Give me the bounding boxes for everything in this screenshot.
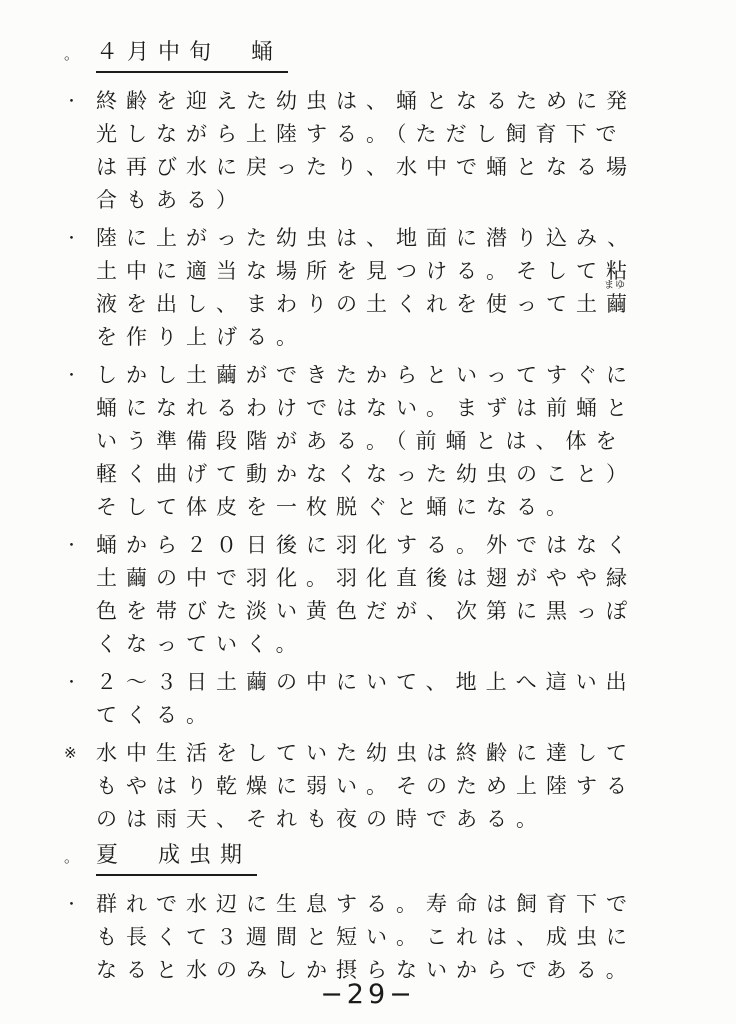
list-item: ・ 陸に上がった幼虫は、地面に潜り込み、 土中に適当な場所を見つける。そして粘 … <box>64 222 706 354</box>
handwritten-line: もやはり乾燥に弱い。そのため上陸する <box>96 770 706 803</box>
handwritten-line: のは雨天、それも夜の時である。 <box>96 803 706 836</box>
bullet-marker: ・ <box>64 222 96 354</box>
list-item: ・ ２〜３日土繭の中にいて、地上へ這い出 てくる。 <box>64 666 706 732</box>
handwritten-line: ２〜３日土繭の中にいて、地上へ這い出 <box>96 666 706 699</box>
handwritten-line: は再び水に戻ったり、水中で蛹となる場 <box>96 151 706 184</box>
handwritten-line: 陸に上がった幼虫は、地面に潜り込み、 <box>96 222 706 255</box>
bullet-marker: ・ <box>64 529 96 661</box>
handwritten-line: を作り上げる。 <box>96 321 706 354</box>
heading-circle-marker: 。 <box>64 841 96 876</box>
handwritten-line: いう準備段階がある。（前蛹とは、体を <box>96 425 706 458</box>
heading-april-pupa: ４月中旬 蛹 <box>96 38 288 73</box>
handwritten-line: 合もある） <box>96 184 706 217</box>
scanned-handwritten-page: 。 ４月中旬 蛹 ・ 終齢を迎えた幼虫は、蛹となるために発 光しながら上陸する。… <box>0 0 736 1024</box>
reference-mark-icon: ※ <box>64 737 96 836</box>
handwritten-line-text: 液を出し、まわりの土くれを使って土繭 <box>96 292 636 316</box>
handwritten-line: そして体皮を一枚脱ぐと蛹になる。 <box>96 491 706 524</box>
handwritten-line: くなっていく。 <box>96 628 706 661</box>
handwritten-line: 土繭の中で羽化。羽化直後は翅がやや緑 <box>96 562 706 595</box>
list-item: ・ 蛹から２０日後に羽化する。外ではなく 土繭の中で羽化。羽化直後は翅がやや緑 … <box>64 529 706 661</box>
furigana-mayu: まゆ <box>604 281 626 291</box>
handwritten-line: 群れで水辺に生息する。寿命は飼育下で <box>96 888 706 921</box>
handwritten-line: しかし土繭ができたからといってすぐに <box>96 359 706 392</box>
page-content: 。 ４月中旬 蛹 ・ 終齢を迎えた幼虫は、蛹となるために発 光しながら上陸する。… <box>64 38 706 992</box>
heading-summer-adult: 夏 成虫期 <box>96 841 257 876</box>
note-item: ※ 水中生活をしていた幼虫は終齢に達して もやはり乾燥に弱い。そのため上陸する … <box>64 737 706 836</box>
list-item: ・ 終齢を迎えた幼虫は、蛹となるために発 光しながら上陸する。（ただし飼育下で … <box>64 85 706 217</box>
handwritten-line: 終齢を迎えた幼虫は、蛹となるために発 <box>96 85 706 118</box>
handwritten-line: 光しながら上陸する。（ただし飼育下で <box>96 118 706 151</box>
handwritten-line: 軽く曲げて動かなくなった幼虫のこと） <box>96 458 706 491</box>
handwritten-line: も長くて３週間と短い。これは、成虫に <box>96 921 706 954</box>
bullet-marker: ・ <box>64 666 96 732</box>
handwritten-line: 色を帯びた淡い黄色だが、次第に黒っぽ <box>96 595 706 628</box>
handwritten-line: てくる。 <box>96 699 706 732</box>
list-item: ・ しかし土繭ができたからといってすぐに 蛹になれるわけではない。まずは前蛹と … <box>64 359 706 524</box>
section-heading-april: 。 ４月中旬 蛹 <box>64 38 706 73</box>
bullet-marker: ・ <box>64 85 96 217</box>
handwritten-line: 蛹になれるわけではない。まずは前蛹と <box>96 392 706 425</box>
handwritten-line: 蛹から２０日後に羽化する。外ではなく <box>96 529 706 562</box>
heading-circle-marker: 。 <box>64 38 96 73</box>
section-heading-summer: 。 夏 成虫期 <box>64 841 706 876</box>
list-item: ・ 群れで水辺に生息する。寿命は飼育下で も長くて３週間と短い。これは、成虫に … <box>64 888 706 987</box>
bullet-marker: ・ <box>64 888 96 987</box>
handwritten-line: 液を出し、まわりの土くれを使って土繭 まゆ <box>96 288 706 321</box>
bullet-marker: ・ <box>64 359 96 524</box>
handwritten-line: 水中生活をしていた幼虫は終齢に達して <box>96 737 706 770</box>
page-number: −29− <box>0 979 736 1010</box>
